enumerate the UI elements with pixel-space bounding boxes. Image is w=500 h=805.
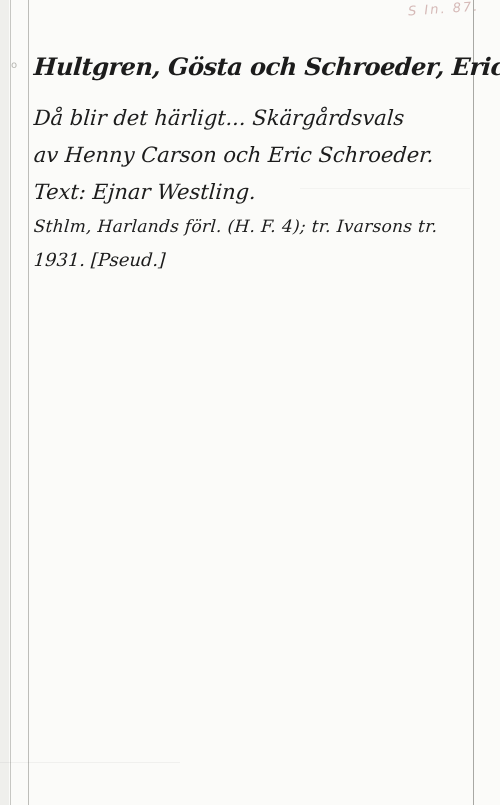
catalog-card-scan: S In. 87. o Hultgren, Gösta och Schroede… — [0, 0, 500, 805]
entry-title-line: Då blir det härligt... Skärgårdsvals — [33, 106, 482, 130]
entry-heading-authors: Hultgren, Gösta och Schroeder, Eric — [33, 52, 482, 81]
entry-composer-line: av Henny Carson och Eric Schroeder. — [33, 143, 482, 167]
entry-lyricist-line: Text: Ejnar Westling. — [33, 180, 482, 204]
scan-artifact-line — [0, 762, 180, 763]
entry-year-line: 1931. [Pseud.] — [33, 250, 481, 271]
scan-artifact-line — [300, 188, 470, 189]
catalog-entry: Hultgren, Gösta och Schroeder, Eric Då b… — [0, 0, 500, 805]
entry-imprint-line: Sthlm, Harlands förl. (H. F. 4); tr. Iva… — [33, 217, 481, 237]
